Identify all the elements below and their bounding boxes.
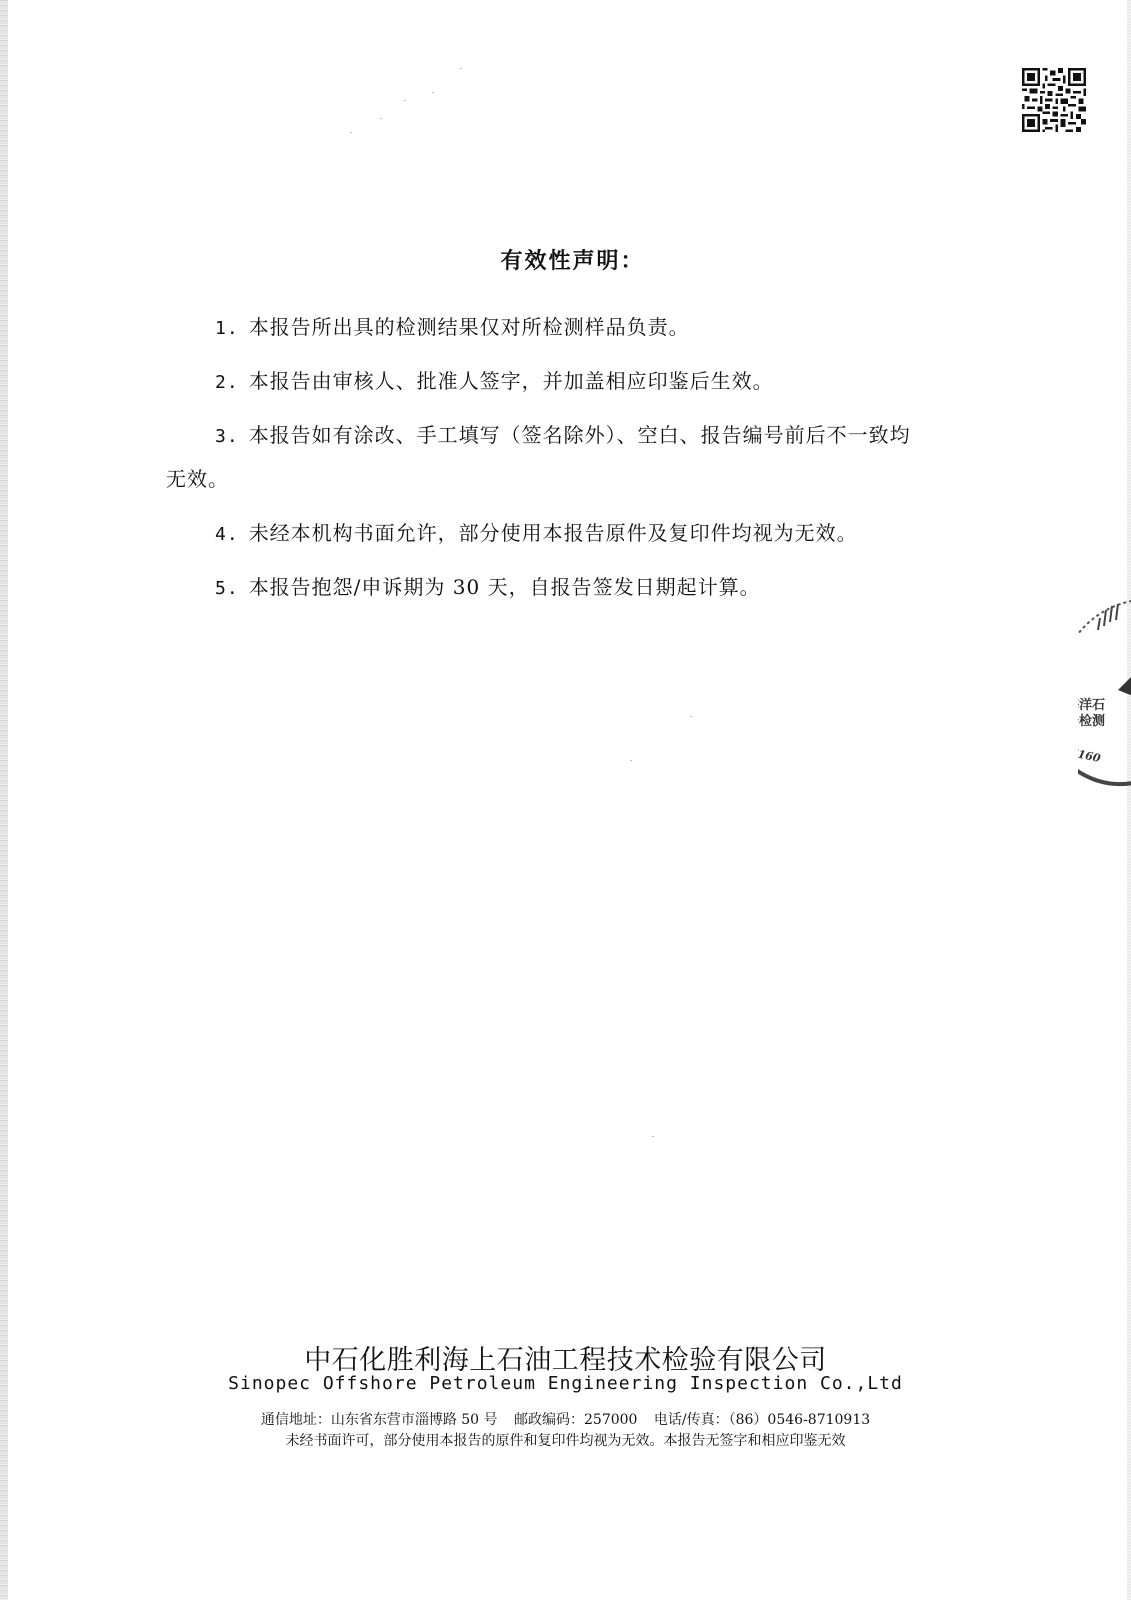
scan-speck bbox=[404, 100, 406, 101]
contact-info: 通信地址：山东省东营市淄博路 50 号 邮政编码：257000 电话/传真：（8… bbox=[0, 1409, 1131, 1429]
footer-notice: 未经书面许可，部分使用本报告的原件和复印件均视为无效。本报告无签字和相应印鉴无效 bbox=[0, 1430, 1131, 1450]
clause-text: 本报告抱怨/申诉期为 30 天，自报告签发日期起计算。 bbox=[249, 575, 761, 599]
clause-text: 本报告所出具的检测结果仅对所检测样品负责。 bbox=[249, 315, 690, 339]
phone-fax: 电话/传真：（86）0546-8710913 bbox=[654, 1412, 870, 1428]
clause-3: 3.本报告如有涂改、手工填写（签名除外）、空白、报告编号前后不一致均 bbox=[215, 421, 911, 451]
clause-number: 5. bbox=[215, 578, 239, 599]
clause-number: 1. bbox=[215, 318, 239, 339]
clause-1: 1.本报告所出具的检测结果仅对所检测样品负责。 bbox=[215, 313, 690, 343]
clause-number: 2. bbox=[215, 372, 239, 393]
scan-speck bbox=[690, 716, 692, 717]
clause-2: 2.本报告由审核人、批准人签字，并加盖相应印鉴后生效。 bbox=[215, 367, 774, 397]
stamp-line-2: 备检测 bbox=[1078, 714, 1105, 729]
address: 通信地址：山东省东营市淄博路 50 号 bbox=[261, 1412, 498, 1428]
page-title: 有效性声明： bbox=[0, 244, 1131, 275]
clause-4: 4.未经本机构书面允许，部分使用本报告原件及复印件均视为无效。 bbox=[215, 519, 858, 549]
postcode: 邮政编码：257000 bbox=[514, 1412, 637, 1428]
scan-speck bbox=[460, 68, 462, 69]
clause-5: 5.本报告抱怨/申诉期为 30 天，自报告签发日期起计算。 bbox=[215, 573, 761, 603]
scan-speck bbox=[350, 132, 352, 133]
clause-number: 4. bbox=[215, 524, 239, 545]
company-name-en: Sinopec Offshore Petroleum Engineering I… bbox=[0, 1373, 1131, 1394]
clause-text: 本报告由审核人、批准人签字，并加盖相应印鉴后生效。 bbox=[249, 369, 774, 393]
clause-3-continuation: 无效。 bbox=[166, 465, 229, 493]
scan-speck bbox=[380, 118, 382, 119]
scan-speck bbox=[630, 760, 632, 761]
stamp-line-1: 海洋石 bbox=[1078, 698, 1105, 713]
clause-text: 本报告如有涂改、手工填写（签名除外）、空白、报告编号前后不一致均 bbox=[249, 423, 911, 447]
scan-speck bbox=[432, 92, 434, 93]
scan-speck bbox=[652, 1136, 654, 1137]
company-name-cn: 中石化胜利海上石油工程技术检验有限公司 bbox=[0, 1338, 1131, 1377]
qr-code-icon bbox=[1022, 68, 1086, 132]
seal-stamp: 海洋石 备检测 7160 bbox=[1078, 590, 1131, 790]
clause-text: 未经本机构书面允许，部分使用本报告原件及复印件均视为无效。 bbox=[249, 521, 858, 545]
clause-number: 3. bbox=[215, 426, 239, 447]
